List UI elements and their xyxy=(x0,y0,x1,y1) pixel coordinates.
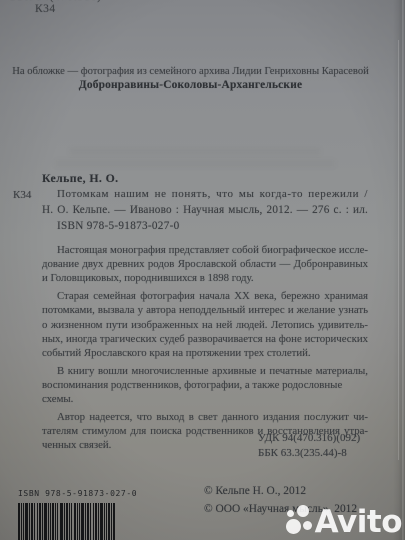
bbk-code: ББК 63.3(235.44)-8 xyxy=(258,446,360,461)
annotation-line: Настоящая монография представляет собой … xyxy=(42,243,368,257)
cover-note-families-line: Добронравины-Соколовы-Архангельские xyxy=(0,79,381,91)
isbn-barcode-label: ISBN 978-5-91873-027-0 xyxy=(18,489,137,498)
catalog-isbn-line: ISBN 978-5-91873-027-0 xyxy=(57,220,180,232)
page-showthrough-ghost xyxy=(70,148,320,155)
annotation-paragraph-2: Старая семейная фотография начала XX век… xyxy=(42,289,368,360)
avito-logo-icon xyxy=(286,505,312,535)
annotation-line: Старая семейная фотография начала XX век… xyxy=(42,289,368,303)
top-clipped-line-text: ББК 94(470.316) xyxy=(10,0,160,3)
catalog-author-heading: Кельпе, Н. О. xyxy=(42,171,119,186)
top-clipped-line: ББК 94(470.316) xyxy=(10,0,160,4)
page-edge-highlight xyxy=(398,40,399,460)
annotation-line: Автор надеется, что выход в свет данного… xyxy=(42,410,368,424)
top-index-code: К34 xyxy=(35,3,56,15)
cover-note: На обложке — фотография из семейного арх… xyxy=(0,66,381,91)
barcode-bars xyxy=(18,503,117,540)
page-showthrough-ghost xyxy=(55,160,335,167)
book-imprint-page-photo: ББК 94(470.316) К34 На обложке — фотогра… xyxy=(0,0,405,540)
catalog-title-line: Потомкам нашим не понять, что мы когда-т… xyxy=(57,188,368,200)
annotation-block: Настоящая монография представляет собой … xyxy=(42,243,368,456)
annotation-line: и Головщиковых, породнившихся в 1898 год… xyxy=(42,271,368,285)
page-edge-shadow xyxy=(393,0,405,540)
copyright-author: © Кельпе Н. О., 2012 xyxy=(204,483,357,501)
annotation-paragraph-1: Настоящая монография представляет собой … xyxy=(42,243,368,286)
isbn-barcode xyxy=(18,503,117,540)
cover-note-credit-line: На обложке — фотография из семейного арх… xyxy=(0,66,381,77)
annotation-line: воспоминания родственников, фотографии, … xyxy=(42,378,368,406)
annotation-line: потомками, вызвала у автора неподдельный… xyxy=(42,303,368,317)
avito-wordmark: Avito xyxy=(315,507,402,537)
annotation-line: о жизненном пути изображенных на ней люд… xyxy=(42,318,368,332)
avito-watermark: Avito xyxy=(286,505,402,537)
annotation-line: дование двух древних родов Ярославской о… xyxy=(42,257,368,271)
catalog-index-code: К34 xyxy=(13,189,31,201)
annotation-paragraph-3: В книгу вошли многочисленные архивные и … xyxy=(42,364,368,407)
classification-codes: УДК 94(470.316)(092) ББК 63.3(235.44)-8 xyxy=(258,431,360,461)
annotation-line: событий Ярославского края на протяжении … xyxy=(42,346,368,360)
annotation-line: В книгу вошли многочисленные архивные и … xyxy=(42,364,368,378)
catalog-imprint-line: Н. О. Кельпе. — Иваново : Научная мысль,… xyxy=(42,204,368,216)
udc-code: УДК 94(470.316)(092) xyxy=(258,431,360,446)
annotation-line: ных, иногда трагических судеб разворачив… xyxy=(42,332,368,346)
